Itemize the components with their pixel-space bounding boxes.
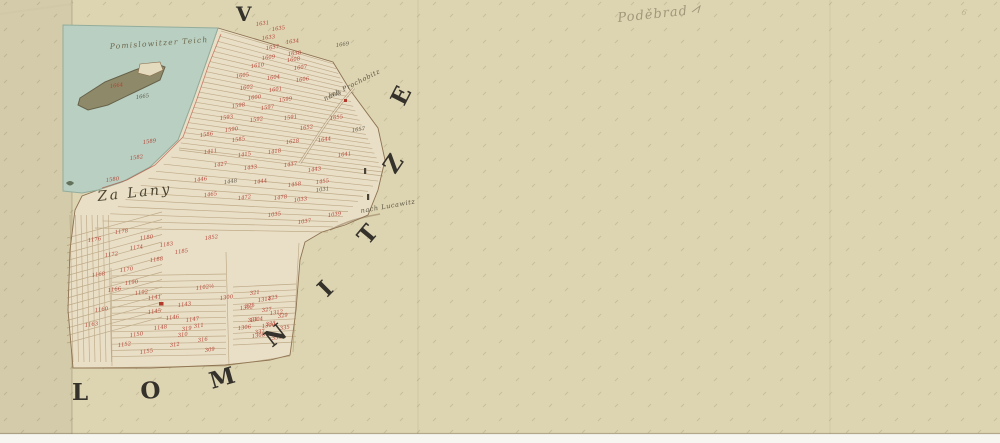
sheet-number: V xyxy=(235,2,252,26)
cadastral-map-scan: V Poděbrad 6 Pomislowitzer TeichZa Lanyn… xyxy=(0,0,1000,443)
scan-background xyxy=(0,434,1000,443)
building-symbol xyxy=(159,302,164,306)
region-letter: O xyxy=(140,377,162,405)
region-letter: L xyxy=(72,379,88,406)
map-sheet: V Poděbrad 6 Pomislowitzer TeichZa Lanyn… xyxy=(0,0,1000,443)
boundary-marker xyxy=(367,194,369,200)
building-symbol xyxy=(344,99,347,102)
boundary-marker xyxy=(364,168,366,174)
sheet-fold-strip xyxy=(0,0,72,434)
